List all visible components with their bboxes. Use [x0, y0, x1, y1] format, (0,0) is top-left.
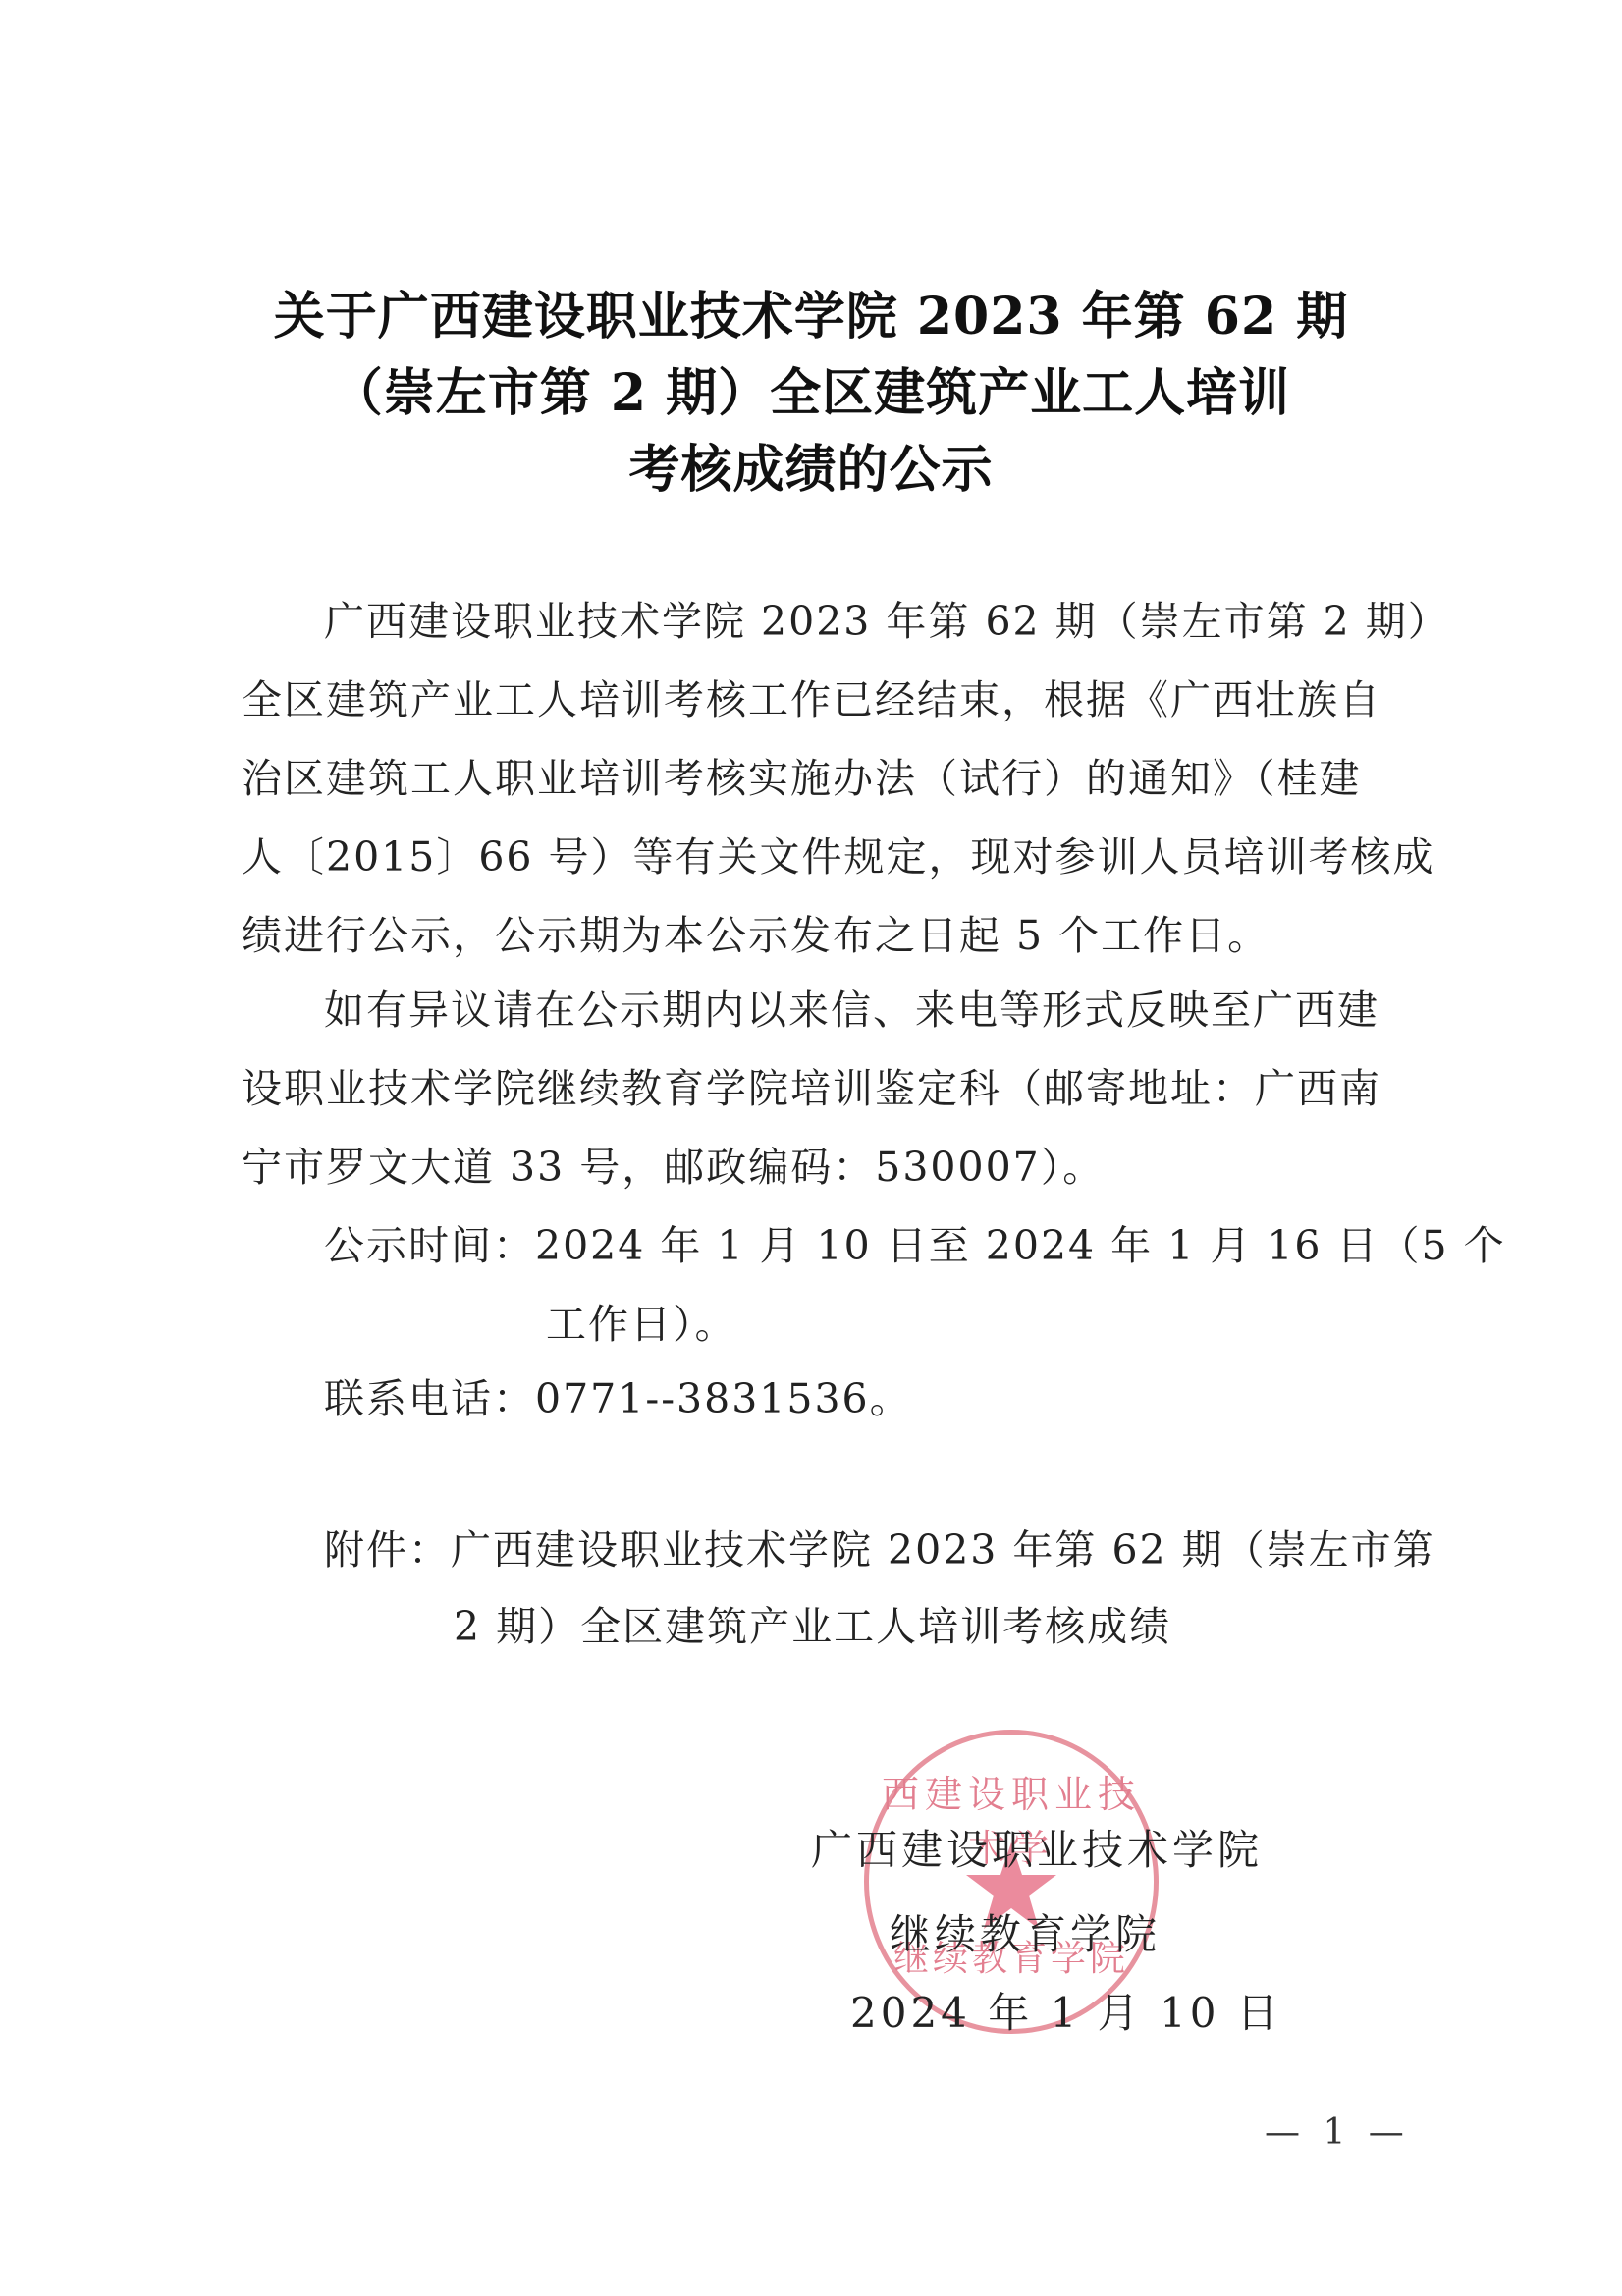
signature-org: 广西建设职业技术学院 [811, 1818, 1263, 1877]
paragraph-line: 全区建筑产业工人培训考核工作已经结束，根据《广西壮族自 [242, 667, 1381, 725]
signature-dept: 继续教育学院 [890, 1902, 1161, 1961]
page-number: — 1 — [1265, 2112, 1410, 2153]
contact-phone: 联系电话：0771--3831536。 [324, 1366, 912, 1424]
paragraph-line: 设职业技术学院继续教育学院培训鉴定科（邮寄地址：广西南 [242, 1056, 1381, 1114]
attachment-line: 附件：广西建设职业技术学院 2023 年第 62 期（崇左市第 [324, 1518, 1435, 1575]
document-title-line-3: 考核成绩的公示 [0, 428, 1622, 502]
paragraph-line: 人〔2015〕66 号）等有关文件规定，现对参训人员培训考核成 [242, 825, 1435, 882]
document-title-line-1: 关于广西建设职业技术学院 2023 年第 62 期 [0, 275, 1622, 348]
document-title-line-2: （崇左市第 2 期）全区建筑产业工人培训 [0, 351, 1622, 425]
paragraph-line: 绩进行公示，公示期为本公示发布之日起 5 个工作日。 [242, 903, 1270, 961]
paragraph-line: 治区建筑工人职业培训考核实施办法（试行）的通知》（桂建 [242, 746, 1362, 804]
paragraph-line: 宁市罗文大道 33 号，邮政编码：530007）。 [242, 1135, 1105, 1193]
publicity-period-line: 工作日）。 [546, 1292, 737, 1350]
paragraph-line: 如有异议请在公示期内以来信、来电等形式反映至广西建 [324, 978, 1379, 1036]
paragraph-line: 广西建设职业技术学院 2023 年第 62 期（崇左市第 2 期） [324, 589, 1450, 647]
attachment-line: 2 期）全区建筑产业工人培训考核成绩 [454, 1594, 1171, 1652]
publicity-period-line: 公示时间：2024 年 1 月 10 日至 2024 年 1 月 16 日（5 … [324, 1213, 1506, 1271]
signature-date: 2024 年 1 月 10 日 [850, 1981, 1282, 2040]
